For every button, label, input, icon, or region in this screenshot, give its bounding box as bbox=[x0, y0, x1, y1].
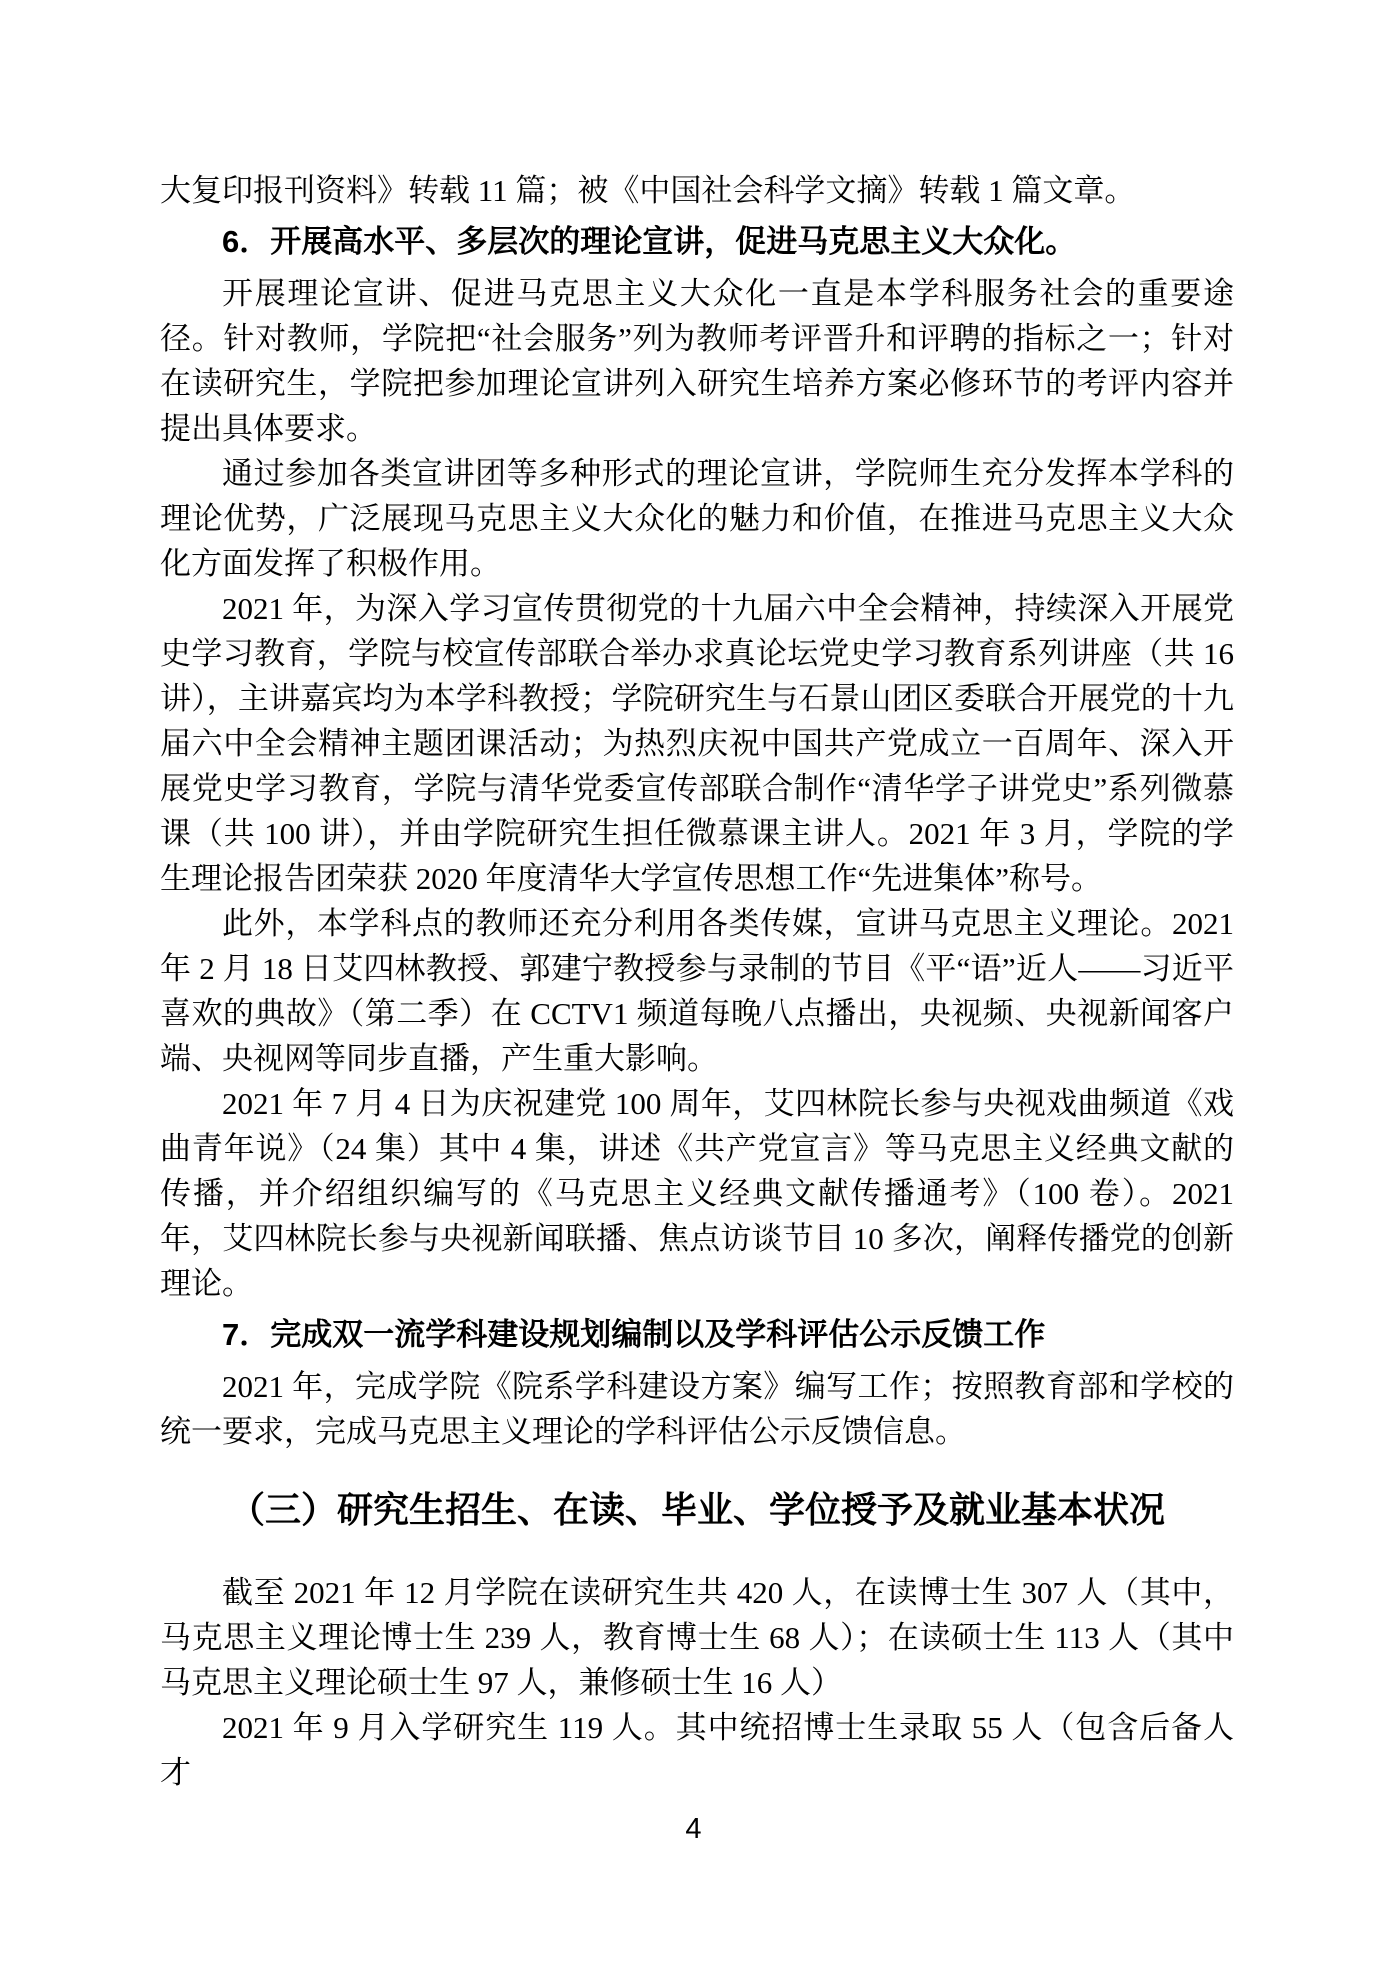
body-paragraph: 此外，本学科点的教师还充分利用各类传媒，宣讲马克思主义理论。2021 年 2 月… bbox=[160, 901, 1234, 1081]
body-paragraph: 2021 年，为深入学习宣传贯彻党的十九届六中全会精神，持续深入开展党史学习教育… bbox=[160, 586, 1234, 901]
document-page: 大复印报刊资料》转载 11 篇；被《中国社会科学文摘》转载 1 篇文章。6．开展… bbox=[0, 0, 1387, 1962]
section-heading: （三）研究生招生、在读、毕业、学位授予及就业基本状况 bbox=[160, 1484, 1234, 1536]
page-number: 4 bbox=[685, 1813, 701, 1845]
body-paragraph: 大复印报刊资料》转载 11 篇；被《中国社会科学文摘》转载 1 篇文章。 bbox=[160, 168, 1234, 213]
subheading: 6．开展高水平、多层次的理论宣讲，促进马克思主义大众化。 bbox=[160, 219, 1234, 265]
body-paragraph: 2021 年 7 月 4 日为庆祝建党 100 周年，艾四林院长参与央视戏曲频道… bbox=[160, 1081, 1234, 1306]
body-paragraph: 2021 年 9 月入学研究生 119 人。其中统招博士生录取 55 人（包含后… bbox=[160, 1705, 1234, 1795]
body-paragraph: 截至 2021 年 12 月学院在读研究生共 420 人，在读博士生 307 人… bbox=[160, 1570, 1234, 1705]
document-body: 大复印报刊资料》转载 11 篇；被《中国社会科学文摘》转载 1 篇文章。6．开展… bbox=[160, 168, 1234, 1795]
page-footer: 4 bbox=[0, 1812, 1387, 1846]
body-paragraph: 通过参加各类宣讲团等多种形式的理论宣讲，学院师生充分发挥本学科的理论优势，广泛展… bbox=[160, 451, 1234, 586]
subheading: 7．完成双一流学科建设规划编制以及学科评估公示反馈工作 bbox=[160, 1312, 1234, 1358]
body-paragraph: 开展理论宣讲、促进马克思主义大众化一直是本学科服务社会的重要途径。针对教师，学院… bbox=[160, 271, 1234, 451]
body-paragraph: 2021 年，完成学院《院系学科建设方案》编写工作；按照教育部和学校的统一要求，… bbox=[160, 1364, 1234, 1454]
